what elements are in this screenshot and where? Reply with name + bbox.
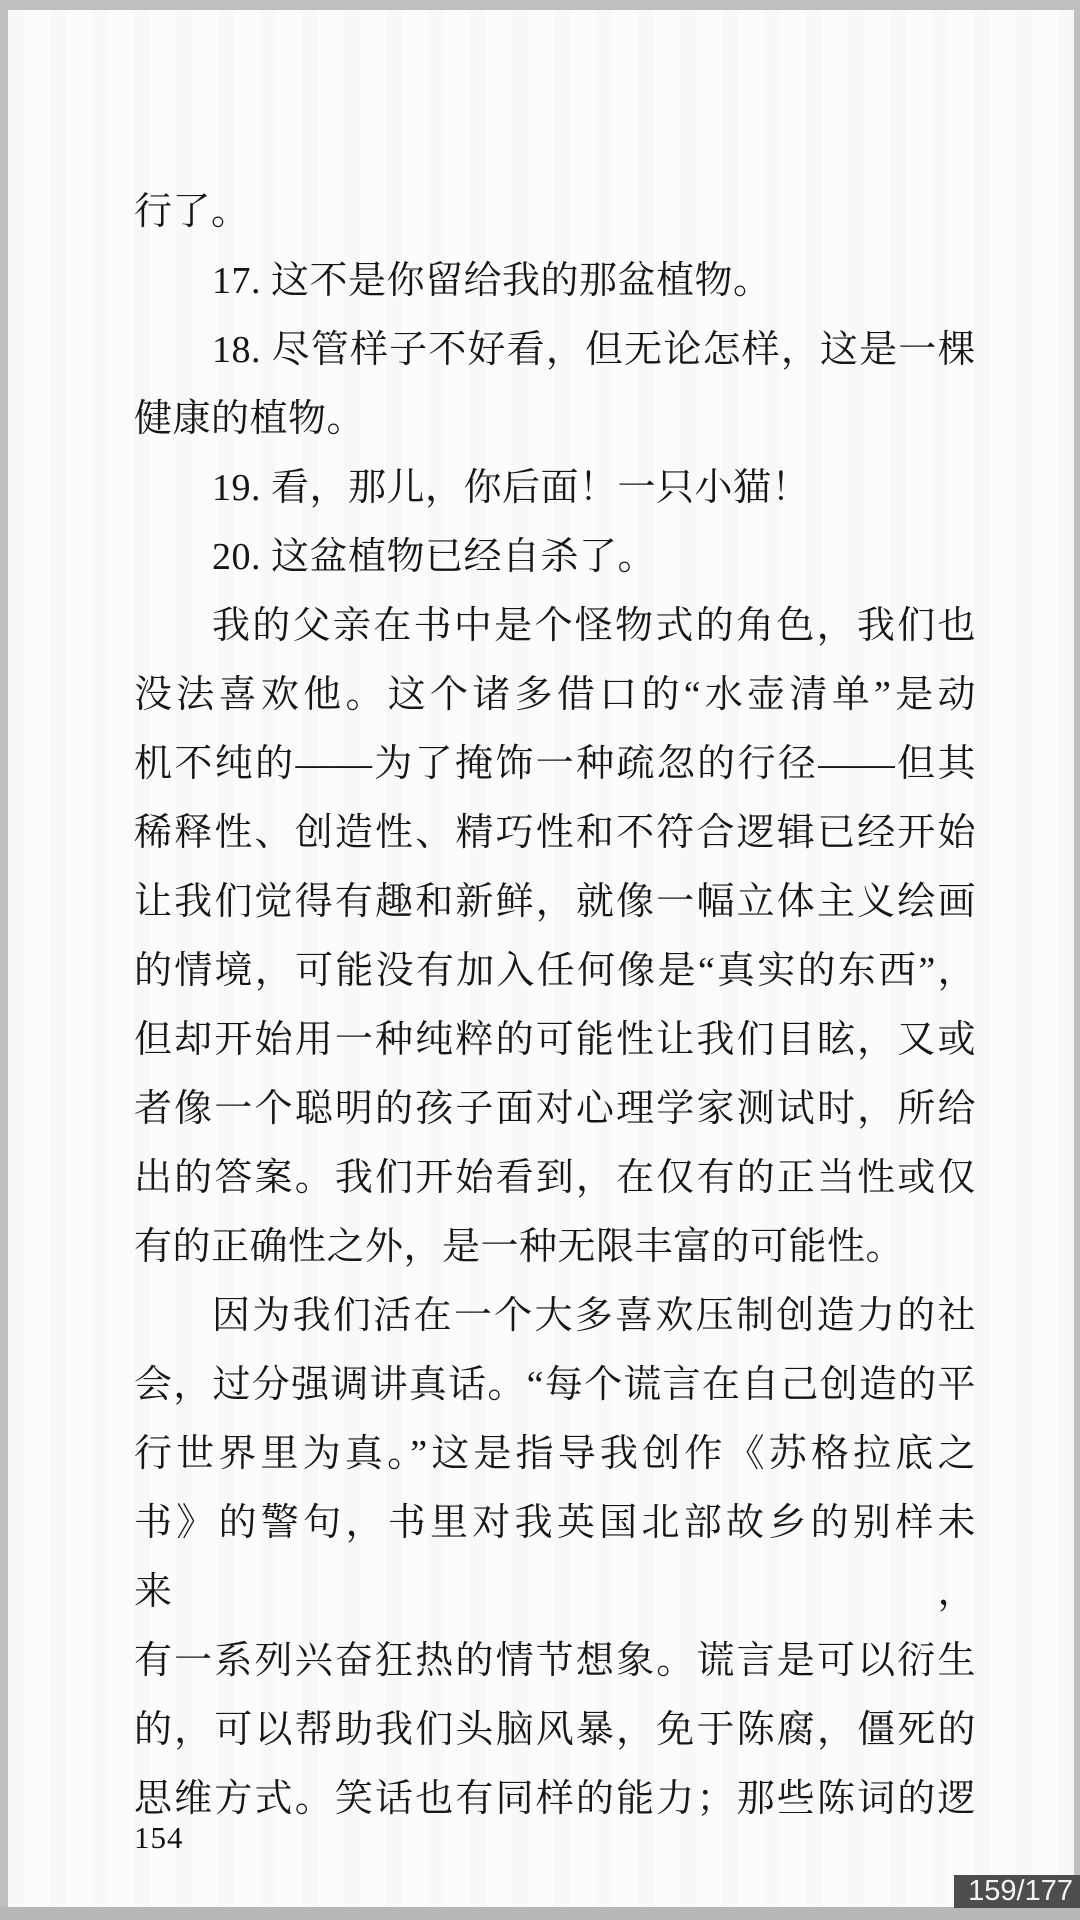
progress-badge: 159/177	[954, 1875, 1080, 1908]
text-line: 有一系列兴奋狂热的情节想象。谎言是可以衍生	[134, 1627, 976, 1696]
text-line: 思维方式。笑话也有同样的能力；那些陈词的逻	[134, 1765, 976, 1834]
progress-label: 159/177	[968, 1875, 1073, 1908]
text-line: 我的父亲在书中是个怪物式的角色，我们也	[134, 592, 976, 661]
text-line: 稀释性、创造性、精巧性和不符合逻辑已经开始	[134, 799, 976, 868]
reader-frame: 行了。17. 这不是你留给我的那盆植物。18. 尽管样子不好看，但无论怎样，这是…	[0, 0, 1080, 1920]
text-line: 没法喜欢他。这个诸多借口的“水壶清单”是动	[134, 661, 976, 730]
text-line: 行世界里为真。”这是指导我创作《苏格拉底之	[134, 1420, 976, 1489]
bottom-strip	[0, 1907, 1080, 1920]
text-line: 的情境，可能没有加入任何像是“真实的东西”，	[134, 937, 976, 1006]
text-line: 18. 尽管样子不好看，但无论怎样，这是一棵	[134, 316, 976, 385]
text-line: 17. 这不是你留给我的那盆植物。	[134, 247, 976, 316]
text-line: 但却开始用一种纯粹的可能性让我们目眩，又或	[134, 1006, 976, 1075]
text-line: 20. 这盆植物已经自杀了。	[134, 523, 976, 592]
text-line: 机不纯的——为了掩饰一种疏忽的行径——但其	[134, 730, 976, 799]
text-line: 的，可以帮助我们头脑风暴，免于陈腐，僵死的	[134, 1696, 976, 1765]
text-line: 健康的植物。	[134, 385, 976, 454]
text-line: 会，过分强调讲真话。“每个谎言在自己创造的平	[134, 1351, 976, 1420]
page-number: 154	[134, 1818, 184, 1858]
text-line: 19. 看，那儿，你后面！一只小猫！	[134, 454, 976, 523]
text-line: 让我们觉得有趣和新鲜，就像一幅立体主义绘画	[134, 868, 976, 937]
text-line: 出的答案。我们开始看到，在仅有的正当性或仅	[134, 1144, 976, 1213]
text-line: 书》的警句，书里对我英国北部故乡的别样未来，	[134, 1489, 976, 1627]
text-lines: 行了。17. 这不是你留给我的那盆植物。18. 尽管样子不好看，但无论怎样，这是…	[134, 178, 976, 1834]
book-page[interactable]: 行了。17. 这不是你留给我的那盆植物。18. 尽管样子不好看，但无论怎样，这是…	[8, 10, 1074, 1908]
text-line: 者像一个聪明的孩子面对心理学家测试时，所给	[134, 1075, 976, 1144]
text-line: 有的正确性之外，是一种无限丰富的可能性。	[134, 1213, 976, 1282]
text-line: 因为我们活在一个大多喜欢压制创造力的社	[134, 1282, 976, 1351]
text-line: 行了。	[134, 178, 976, 247]
